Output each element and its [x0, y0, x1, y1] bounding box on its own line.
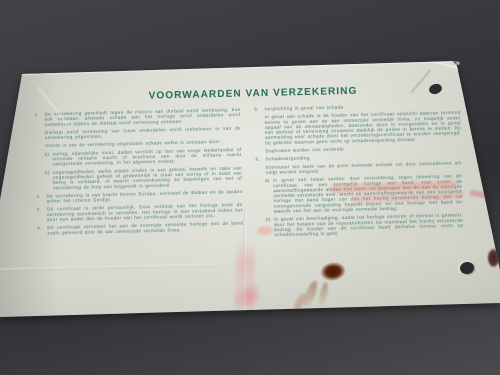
clause-number: 3. [37, 207, 42, 212]
certificate-paper-wrapper: VOORWAARDEN VAN VERZEKERING 1. De verzek… [0, 0, 500, 375]
clause-3: 3. Dit certificaat is strikt persoonlijk… [36, 202, 243, 222]
clause-text: Dit certificaat verzekert het aan de voo… [47, 221, 243, 236]
left-column: 1. De verzekering geschiedt tegen de ris… [33, 107, 243, 246]
clause-text: In geval van schade is de houder van het… [265, 110, 462, 145]
clause-text: oorlog, vijandelijke inval, daden verric… [52, 147, 241, 167]
clause-number: 4. [37, 225, 42, 230]
clause-text: Eventueel ten laste van de polis komende… [266, 160, 462, 175]
clause-1a: a) oorlog, vijandelijke inval, daden ver… [41, 147, 241, 167]
dark-stain-right-corner [487, 248, 500, 268]
clause-text: De verzekering geschiedt tegen de risico… [44, 107, 240, 127]
rust-stain-streak-2 [318, 282, 330, 307]
clause-4: 4. Dit certificaat verzekert het aan de … [36, 221, 243, 236]
punch-hole-bottom [459, 261, 475, 275]
two-column-text: 1. De verzekering geschiedt tegen de ris… [28, 101, 481, 246]
clause-6-body: Eventueel ten laste van de polis komende… [255, 160, 462, 175]
pink-smear-blob [242, 282, 262, 308]
document-title: VOORWAARDEN VAN VERZEKERING [28, 82, 478, 104]
clause-text: Duplicaten worden niet verstrekt. [265, 147, 345, 154]
clause-1: 1. De verzekering geschiedt tegen de ris… [33, 107, 240, 127]
pink-pencil-mark-3 [257, 226, 273, 235]
clause-text: in geval van beschadiging, nadat het hor… [274, 212, 463, 237]
rust-stain-dark [319, 260, 347, 282]
clause-text: Schadevergoeding. [266, 156, 312, 162]
clause-number: 5. [254, 107, 259, 112]
clause-2: 2. De verzekering is van kracht binnen E… [35, 189, 242, 204]
clause-number: 6. [256, 157, 261, 162]
clause-6b: b) in geval van beschadiging, nadat het … [263, 212, 463, 237]
clause-text: Diefstal en/of vermissing van losse onde… [45, 125, 241, 140]
clause-number: b) [45, 170, 50, 175]
clause-number: 1. [34, 112, 39, 117]
clause-1b: b) ongeregeldheden, welke plaats vinden … [42, 165, 242, 190]
clause-text: De verzekering is van kracht binnen Euro… [46, 189, 242, 204]
paper-top-edge-highlight [22, 60, 458, 75]
certificate-paper: VOORWAARDEN VAN VERZEKERING 1. De verzek… [0, 0, 500, 375]
clause-number: a) [44, 151, 49, 156]
right-column: 5. Verplichting in geval van schade. In … [253, 102, 463, 241]
clause-1-paragraph-2: Diefstal en/of vermissing van losse onde… [34, 125, 241, 140]
clause-number: 2. [36, 194, 41, 199]
crease-horizontal-left [0, 264, 215, 272]
clause-text: Dit certificaat is strikt persoonlijk. D… [47, 202, 243, 222]
clause-text: ongeregeldheden, welke plaats vinden in … [53, 165, 242, 190]
photo-of-insurance-certificate: VOORWAARDEN VAN VERZEKERING 1. De verzek… [0, 0, 500, 375]
clause-number: a) [265, 178, 270, 183]
clause-number: b) [266, 217, 271, 222]
printed-text: VOORWAARDEN VAN VERZEKERING 1. De verzek… [28, 82, 481, 246]
clause-5-body: In geval van schade is de houder van het… [254, 110, 462, 146]
clause-text: Verplichting in geval van schade. [264, 105, 345, 112]
